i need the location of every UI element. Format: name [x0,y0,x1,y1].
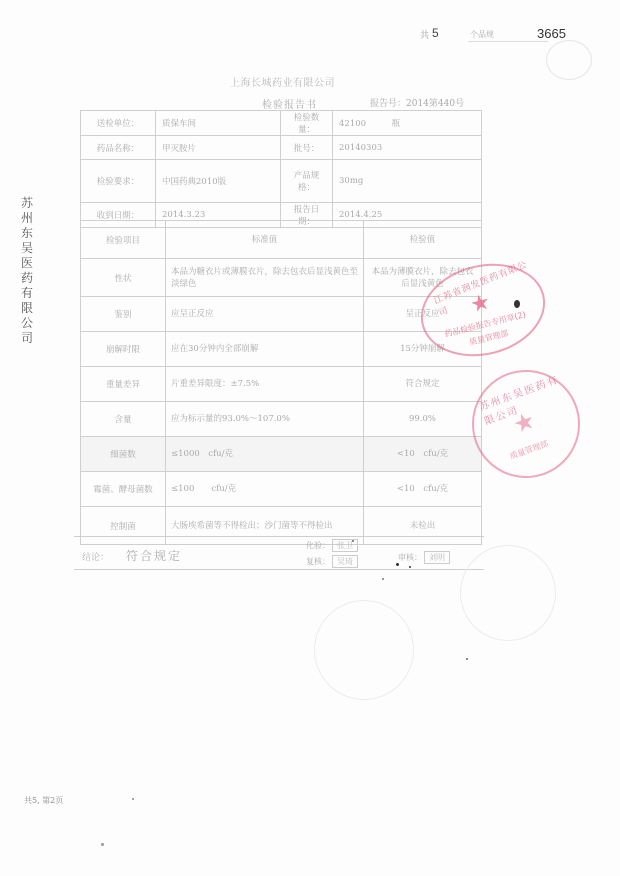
test-item: 鉴别 [81,297,166,332]
requirement-value: 中国药典2010版 [156,160,281,203]
approver-label: 审核： [398,553,422,562]
table-row: 性状 本品为糖衣片或薄膜衣片，除去包衣后显浅黄色至淡绿色 本品为薄膜衣片，除去包… [81,259,482,297]
report-title: 检验报告书 [262,96,317,111]
side-char: 州 [20,211,34,226]
tester-label: 化验： [306,541,330,550]
scan-speck [466,658,468,660]
submitter-label: 送检单位： [81,111,156,136]
tester-name: 张卫 [332,539,358,552]
reviewer-name: 吴琦 [332,555,358,568]
report-number: 报告号：2014第440号 [370,96,464,109]
test-standard: 本品为糖衣片或薄膜衣片，除去包衣后显浅黄色至淡绿色 [166,259,364,297]
test-result: <10 cfu/克 [364,437,482,472]
quantity-value: 42100 瓶 [333,111,482,136]
side-company-stamp: 苏 州 东 吴 医 药 有 限 公 司 [20,196,34,346]
seal-department-text: 质量管理部 [508,438,549,462]
side-char: 公 [20,316,34,331]
test-standard: 应呈正反应 [166,297,364,332]
reviewer-signature: 复核：吴琦 [306,555,358,568]
drug-name-label: 药品名称： [81,136,156,160]
test-standard: 应为标示量的93.0%～107.0% [166,402,364,437]
test-standard: ≤1000 cfu/克 [166,437,364,472]
tester-signature: 化验：张卫 [306,539,358,552]
scan-speck [132,798,134,800]
drug-name-value: 甲灭胺片 [156,136,281,160]
test-standard: 片重差异限度：±7.5% [166,367,364,402]
scan-speck [409,566,411,568]
faint-seal-impression [314,600,414,700]
total-pages: 5 [432,26,439,40]
test-item: 霉菌、酵母菌数 [81,472,166,507]
side-char: 药 [20,271,34,286]
header-underline [468,41,548,42]
test-standard: ≤100 cfu/克 [166,472,364,507]
scan-speck [382,578,384,580]
conclusion-value: 符合规定 [126,547,182,564]
col-header-result: 检验值 [364,221,482,259]
test-result: 符合规定 [364,367,482,402]
side-char: 限 [20,301,34,316]
test-standard: 应在30分钟内全部崩解 [166,332,364,367]
scan-speck [101,843,104,846]
table-row: 霉菌、酵母菌数 ≤100 cfu/克 <10 cfu/克 [81,472,482,507]
table-row: 细菌数 ≤1000 cfu/克 <10 cfu/克 [81,437,482,472]
info-row: 药品名称： 甲灭胺片 批号： 20140303 [81,136,482,160]
test-item: 崩解时限 [81,332,166,367]
company-name: 上海长城药业有限公司 [230,74,335,89]
faint-seal-impression [460,545,556,641]
conclusion-label: 结论： [82,550,109,563]
side-char: 有 [20,286,34,301]
test-results-table: 检验项目 标准值 检验值 性状 本品为糖衣片或薄膜衣片，除去包衣后显浅黄色至淡绿… [80,220,482,545]
info-row: 检验要求： 中国药典2010版 产品规格： 30mg [81,160,482,203]
batch-label: 批号： [281,136,333,160]
table-row: 含量 应为标示量的93.0%～107.0% 99.0% [81,402,482,437]
scan-speck [514,300,520,308]
table-row: 崩解时限 应在30分钟内全部崩解 15分钟崩解 [81,332,482,367]
col-header-standard: 标准值 [166,221,364,259]
spec-count-label: 个品规 [470,29,494,40]
requirement-label: 检验要求： [81,160,156,203]
results-header-row: 检验项目 标准值 检验值 [81,221,482,259]
approver-name: 刘明 [424,551,450,564]
sample-info-table: 送检单位： 质保车间 检验数量： 42100 瓶 药品名称： 甲灭胺片 批号： … [80,110,482,228]
side-char: 吴 [20,241,34,256]
star-icon: ★ [509,406,539,440]
document-code: 3665 [537,26,566,41]
side-char: 苏 [20,196,34,211]
test-item: 含量 [81,402,166,437]
info-row: 送检单位： 质保车间 检验数量： 42100 瓶 [81,111,482,136]
scan-speck [352,540,354,542]
test-result: <10 cfu/克 [364,472,482,507]
faint-seal-top [546,40,592,80]
spec-value: 30mg [333,160,482,203]
quantity-label: 检验数量： [281,111,333,136]
spec-label: 产品规格： [281,160,333,203]
side-char: 司 [20,331,34,346]
page-footer: 共5, 第2页 [24,795,63,806]
side-char: 医 [20,256,34,271]
batch-value: 20140303 [333,136,482,160]
total-label: 共 [420,28,429,41]
scan-speck [396,563,399,566]
table-row: 重量差异 片重差异限度：±7.5% 符合规定 [81,367,482,402]
test-item: 性状 [81,259,166,297]
test-item: 重量差异 [81,367,166,402]
side-char: 东 [20,226,34,241]
conclusion-section: 结论： 符合规定 化验：张卫 复核：吴琦 审核：刘明 [74,536,484,570]
test-result: 99.0% [364,402,482,437]
submitter-value: 质保车间 [156,111,281,136]
approver-signature: 审核：刘明 [398,551,450,564]
test-item: 细菌数 [81,437,166,472]
reviewer-label: 复核： [306,557,330,566]
col-header-item: 检验项目 [81,221,166,259]
